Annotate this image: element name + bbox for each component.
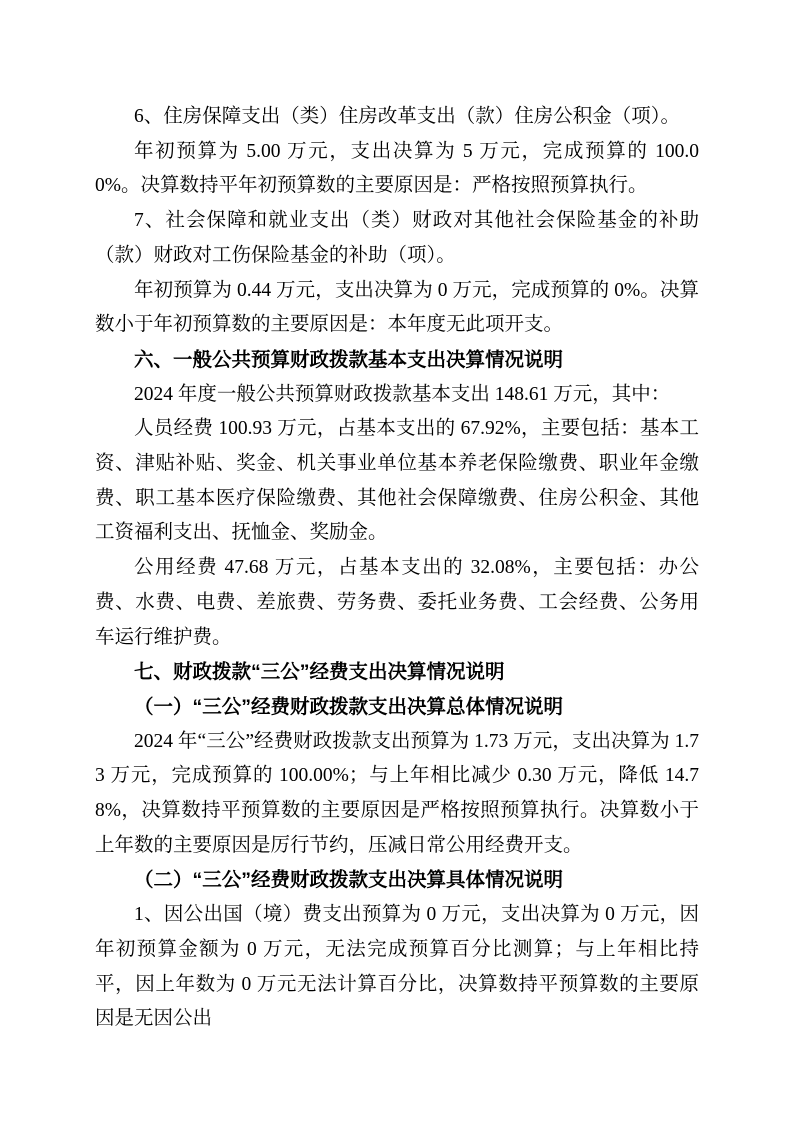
heading-sub-one-overall-situation: （一）“三公”经费财政拨款支出决算总体情况说明 [95,690,699,725]
paragraph-item7-budget-detail: 年初预算为 0.44 万元，支出决算为 0 万元，完成预算的 0%。决算数小于年… [95,274,699,343]
paragraph-personnel-funds: 人员经费 100.93 万元，占基本支出的 67.92%，主要包括：基本工资、津… [95,412,699,551]
paragraph-three-public-overall: 2024 年“三公”经费财政拨款支出预算为 1.73 万元，支出决算为 1.73… [95,725,699,864]
heading-section-seven-three-public: 七、财政拨款“三公”经费支出决算情况说明 [95,655,699,690]
paragraph-basic-expenditure-total: 2024 年度一般公共预算财政拨款基本支出 148.61 万元，其中： [95,378,699,413]
paragraph-item6-budget-detail: 年初预算为 5.00 万元，支出决算为 5 万元，完成预算的 100.00%。决… [95,135,699,204]
heading-sub-two-specific-situation: （二）“三公”经费财政拨款支出决算具体情况说明 [95,863,699,898]
paragraph-overseas-travel-expense: 1、因公出国（境）费支出预算为 0 万元，支出决算为 0 万元，因年初预算金额为… [95,898,699,1037]
paragraph-item7-social-security: 7、社会保障和就业支出（类）财政对其他社会保险基金的补助（款）财政对工伤保险基金… [95,204,699,273]
paragraph-public-funds: 公用经费 47.68 万元，占基本支出的 32.08%，主要包括：办公费、水费、… [95,551,699,655]
heading-section-six-basic-expenditure: 六、一般公共预算财政拨款基本支出决算情况说明 [95,343,699,378]
paragraph-item6-housing-category: 6、住房保障支出（类）住房改革支出（款）住房公积金（项）。 [95,100,699,135]
document-page: 6、住房保障支出（类）住房改革支出（款）住房公积金（项）。 年初预算为 5.00… [0,0,793,1122]
